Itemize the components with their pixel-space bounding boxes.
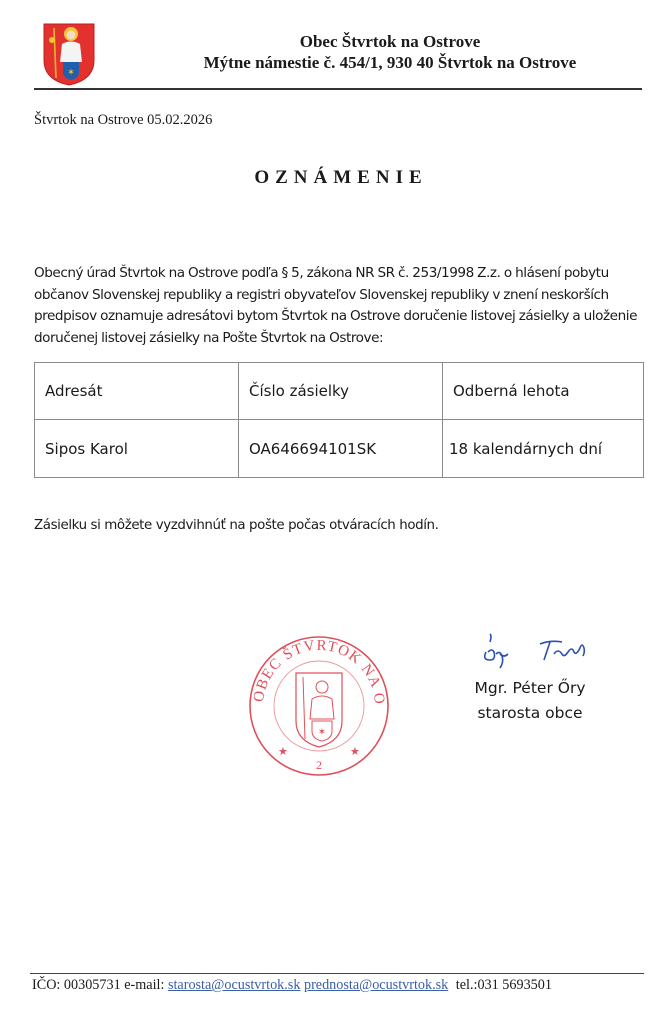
- table-header-row: Adresát Číslo zásielky Odberná lehota: [35, 363, 644, 420]
- cell-pickup-period: 18 kalendárnych dní: [443, 420, 644, 478]
- official-stamp-icon: OBEC ŠTVRTOK NA OSTROVE ✶ ★ ★ 2: [248, 635, 390, 777]
- footer-phone: tel.:031 5693501: [456, 977, 552, 993]
- municipality-name: Obec Štvrtok na Ostrove: [110, 31, 670, 52]
- svg-text:✶: ✶: [67, 68, 75, 78]
- footer-divider: [30, 973, 644, 974]
- header-addressee: Adresát: [35, 363, 239, 420]
- cell-shipment-number: OA646694101SK: [239, 420, 443, 478]
- svg-text:★: ★: [350, 745, 360, 758]
- email-link-starosta[interactable]: starosta@ocustvrtok.sk: [168, 977, 300, 993]
- footer-email-label: e-mail:: [124, 977, 164, 993]
- shipment-table: Adresát Číslo zásielky Odberná lehota Si…: [34, 362, 644, 478]
- svg-text:OBEC ŠTVRTOK NA OSTROVE: OBEC ŠTVRTOK NA OSTROVE: [248, 635, 387, 706]
- municipality-address: Mýtne námestie č. 454/1, 930 40 Štvrtok …: [110, 52, 670, 73]
- cell-addressee: Sipos Karol: [35, 420, 239, 478]
- header-pickup-period: Odberná lehota: [443, 363, 644, 420]
- pickup-note: Zásielku si môžete vyzdvihnúť na pošte p…: [34, 518, 439, 533]
- notice-body-text: Obecný úrad Štvrtok na Ostrove podľa § 5…: [34, 263, 646, 349]
- municipal-coat-of-arms-icon: ✶: [42, 22, 96, 86]
- table-row: Sipos Karol OA646694101SK 18 kalendárnyc…: [35, 420, 644, 478]
- footer-ico: IČO: 00305731: [32, 977, 121, 993]
- signer-name: Mgr. Péter Őry: [460, 679, 600, 697]
- svg-text:2: 2: [316, 758, 322, 772]
- handwritten-signature-icon: [478, 632, 598, 672]
- header-divider: [34, 88, 642, 90]
- document-title: OZNÁMENIE: [0, 167, 670, 189]
- svg-text:★: ★: [278, 745, 288, 758]
- document-date: Štvrtok na Ostrove 05.02.2026: [34, 112, 212, 129]
- footer-contact: IČO: 00305731 e-mail: starosta@ocustvrto…: [32, 977, 552, 994]
- email-link-prednosta[interactable]: prednosta@ocustvrtok.sk: [304, 977, 448, 993]
- signer-role: starosta obce: [460, 704, 600, 722]
- svg-text:✶: ✶: [318, 727, 326, 738]
- header-shipment-number: Číslo zásielky: [239, 363, 443, 420]
